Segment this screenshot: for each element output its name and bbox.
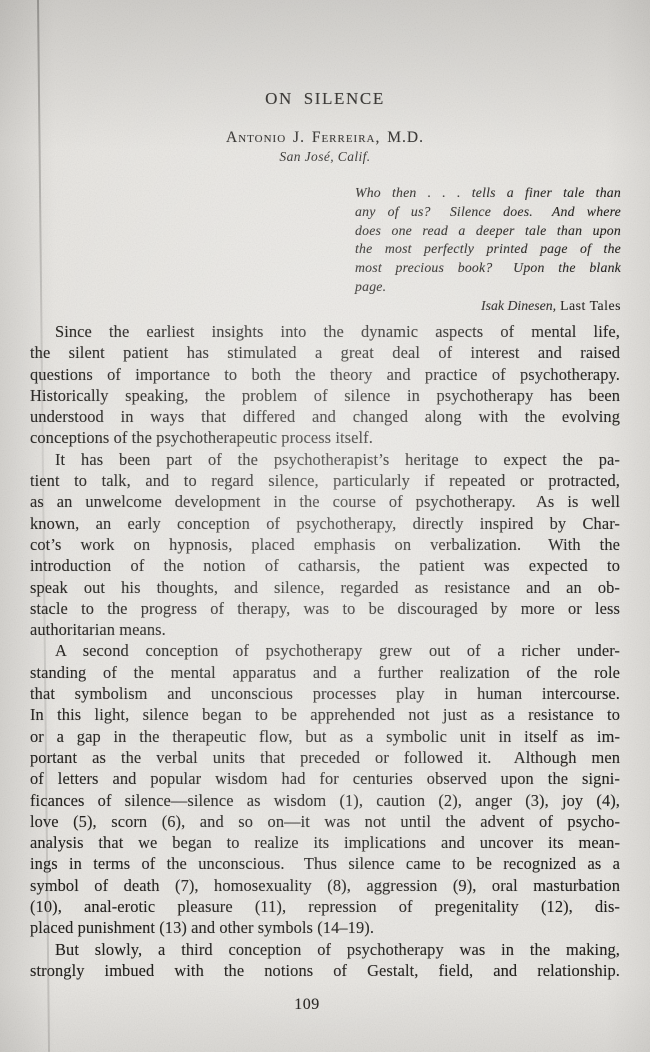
text-line: placed punishment (13) and other symbols… <box>30 917 620 938</box>
paragraph: But slowly, a third conception of psycho… <box>30 939 620 982</box>
text-line: conceptions of the psychotherapeutic pro… <box>30 427 620 448</box>
text-line: It has been part of the psychotherapist’… <box>30 449 620 470</box>
text-line: of letters and popular wisdom had for ce… <box>30 768 620 789</box>
text-line: portant as the verbal units that precede… <box>30 747 620 768</box>
page-number: 109 <box>294 996 320 1013</box>
epigraph-line: most precious book? Upon the blank <box>355 259 621 278</box>
paragraph: A second conception of psychotherapy gre… <box>30 640 620 938</box>
paragraph: Since the earliest insights into the dyn… <box>30 321 620 449</box>
text-line: understood in ways that differed and cha… <box>30 406 620 427</box>
epigraph-line: Who then . . . tells a finer tale than <box>355 184 621 203</box>
article-body: Since the earliest insights into the dyn… <box>30 321 620 981</box>
epigraph-line: the most perfectly printed page of the <box>355 240 621 259</box>
paragraph: It has been part of the psychotherapist’… <box>30 449 620 641</box>
author-name: Antonio J. Ferreira, M.D. <box>30 129 620 147</box>
attribution-work: Last Tales <box>560 298 621 313</box>
text-line: tient to talk, and to regard silence, pa… <box>30 470 620 491</box>
epigraph-line: any of us? Silence does. And where <box>355 203 621 222</box>
text-line: ings in terms of the unconscious. Thus s… <box>30 853 620 874</box>
attribution-name: Isak Dinesen, <box>481 298 556 313</box>
epigraph-attribution: Isak Dinesen,Last Tales <box>355 297 621 316</box>
text-line: In this light, silence began to be appre… <box>30 704 620 725</box>
text-line: ficances of silence—silence as wisdom (1… <box>30 790 620 811</box>
text-line: authoritarian means. <box>30 619 620 640</box>
text-line: love (5), scorn (6), and so on—it was no… <box>30 811 620 832</box>
text-line: known, an early conception of psychother… <box>30 513 620 534</box>
epigraph-line: page. <box>355 278 621 297</box>
text-line: stacle to the progress of therapy, was t… <box>30 598 620 619</box>
epigraph: Who then . . . tells a finer tale thanan… <box>355 184 621 316</box>
author-location: San José, Calif. <box>30 149 620 165</box>
text-line: A second conception of psychotherapy gre… <box>30 640 620 661</box>
epigraph-line: does one read a deeper tale than upon <box>355 222 621 241</box>
article-header: ON SILENCE Antonio J. Ferreira, M.D. San… <box>30 89 620 165</box>
text-line: Historically speaking, the problem of si… <box>30 385 620 406</box>
text-line: symbol of death (7), homosexuality (8), … <box>30 875 620 896</box>
epigraph-lines: Who then . . . tells a finer tale thanan… <box>355 184 621 297</box>
text-line: standing of the mental apparatus and a f… <box>30 662 620 683</box>
page-footer: 109 <box>30 996 620 1014</box>
scanned-paper-page: ON SILENCE Antonio J. Ferreira, M.D. San… <box>0 0 650 1052</box>
text-line: cot’s work on hypnosis, placed emphasis … <box>30 534 620 555</box>
text-line: that symbolism and unconscious processes… <box>30 683 620 704</box>
text-line: as an unwelcome development in the cours… <box>30 491 620 512</box>
text-line: analysis that we began to realize its im… <box>30 832 620 853</box>
text-line: (10), anal-erotic pleasure (11), repress… <box>30 896 620 917</box>
text-line: speak out his thoughts, and silence, reg… <box>30 577 620 598</box>
article-title: ON SILENCE <box>30 89 620 109</box>
text-line: introduction of the notion of catharsis,… <box>30 555 620 576</box>
text-line: the silent patient has stimulated a grea… <box>30 342 620 363</box>
text-line: But slowly, a third conception of psycho… <box>30 939 620 960</box>
text-line: or a gap in the therapeutic flow, but as… <box>30 726 620 747</box>
text-line: strongly imbued with the notions of Gest… <box>30 960 620 981</box>
text-line: Since the earliest insights into the dyn… <box>30 321 620 342</box>
text-line: questions of importance to both the theo… <box>30 364 620 385</box>
